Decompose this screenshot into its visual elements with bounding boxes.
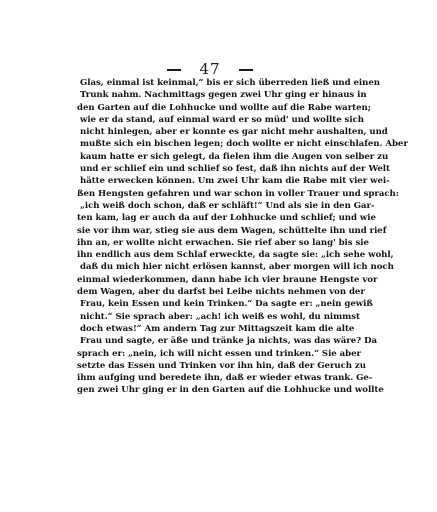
right-dash (239, 69, 253, 71)
text-line: ihm aufging und beredete ihn, daß er wie… (77, 372, 343, 384)
page-number-header: 47 (0, 60, 420, 78)
text-line: hätte erwecken können. Um zwei Uhr kam d… (80, 175, 343, 187)
text-line: Frau und sagte, er äße und tränke ja nic… (80, 335, 343, 347)
text-line: und er schlief ein und schlief so fest, … (80, 163, 343, 175)
text-line: sprach er: „nein, ich will nicht essen u… (77, 348, 343, 360)
text-line: ten kam, lag er auch da auf der Lohhucke… (77, 212, 343, 224)
text-line: mußte sich ein bischen legen; doch wollt… (80, 138, 343, 150)
text-line: Trunk nahm. Nachmittags gegen zwei Uhr g… (80, 89, 343, 101)
text-line: dem Wagen, aber du darfst bei Leibe nich… (77, 286, 343, 298)
text-line: setzte das Essen und Trinken vor ihn hin… (77, 360, 343, 372)
text-line: den Garten auf die Lohhucke und wollte a… (77, 102, 343, 114)
page-number: 47 (199, 60, 220, 78)
text-line: gen zwei Uhr ging er in den Garten auf d… (77, 384, 343, 396)
text-line: sie vor ihm war, stieg sie aus dem Wagen… (77, 225, 343, 237)
text-line: ihn an, er wollte nicht erwachen. Sie ri… (77, 237, 343, 249)
book-page: 47 Glas, einmal ist keinmal,“ bis er sic… (0, 0, 437, 512)
text-line: ßen Hengsten gefahren und war schon in v… (77, 188, 343, 200)
text-line: ihn endlich aus dem Schlaf erweckte, da … (77, 249, 343, 261)
text-line: Frau, kein Essen und kein Trinken.“ Da s… (80, 298, 343, 310)
text-line: einmal wiederkommen, dann habe ich vier … (77, 274, 343, 286)
text-line: doch etwas!“ Am andern Tag zur Mittagsze… (80, 323, 343, 335)
text-line: nicht hinlegen, aber er konnte es gar ni… (80, 126, 343, 138)
text-line: daß du mich hier nicht erlösen kannst, a… (80, 261, 343, 273)
text-line: „ich weiß doch schon, daß er schläft!“ U… (80, 200, 343, 212)
left-dash (167, 69, 181, 71)
text-line: Glas, einmal ist keinmal,“ bis er sich ü… (80, 77, 343, 89)
text-line: nicht.“ Sie sprach aber: „ach! ich weiß … (80, 311, 343, 323)
text-line: kaum hatte er sich gelegt, da fielen ihm… (80, 151, 343, 163)
body-text: Glas, einmal ist keinmal,“ bis er sich ü… (80, 77, 343, 397)
text-line: wie er da stand, auf einmal ward er so m… (80, 114, 343, 126)
